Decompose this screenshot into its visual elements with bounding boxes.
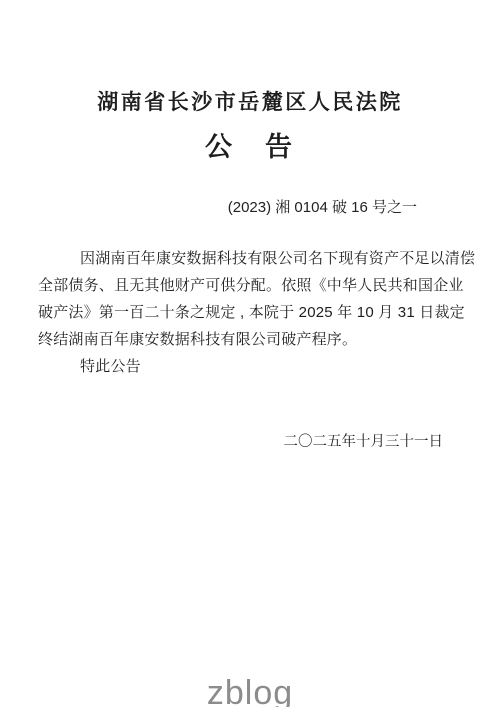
body-line: 因湖南百年康安数据科技有限公司名下现有资产不足以清偿 <box>38 245 461 272</box>
court-name-title: 湖南省长沙市岳麓区人民法院 <box>0 90 500 115</box>
closing-phrase: 特此公告 <box>38 353 461 380</box>
case-number: (2023) 湘 0104 破 16 号之一 <box>0 198 500 218</box>
body-line: 全部债务、且无其他财产可供分配。依照《中华人民共和国企业 <box>38 272 461 299</box>
announcement-document: 湖南省长沙市岳麓区人民法院 公 告 (2023) 湘 0104 破 16 号之一… <box>0 0 500 707</box>
body-line: 破产法》第一百二十条之规定 , 本院于 2025 年 10 月 31 日裁定 <box>38 299 461 326</box>
document-type-title: 公 告 <box>0 131 500 163</box>
zblog-watermark: zblog <box>0 676 500 707</box>
body-line: 终结湖南百年康安数据科技有限公司破产程序。 <box>38 326 461 353</box>
announcement-date: 二〇二五年十月三十一日 <box>0 433 500 452</box>
announcement-body: 因湖南百年康安数据科技有限公司名下现有资产不足以清偿 全部债务、且无其他财产可供… <box>38 245 461 380</box>
